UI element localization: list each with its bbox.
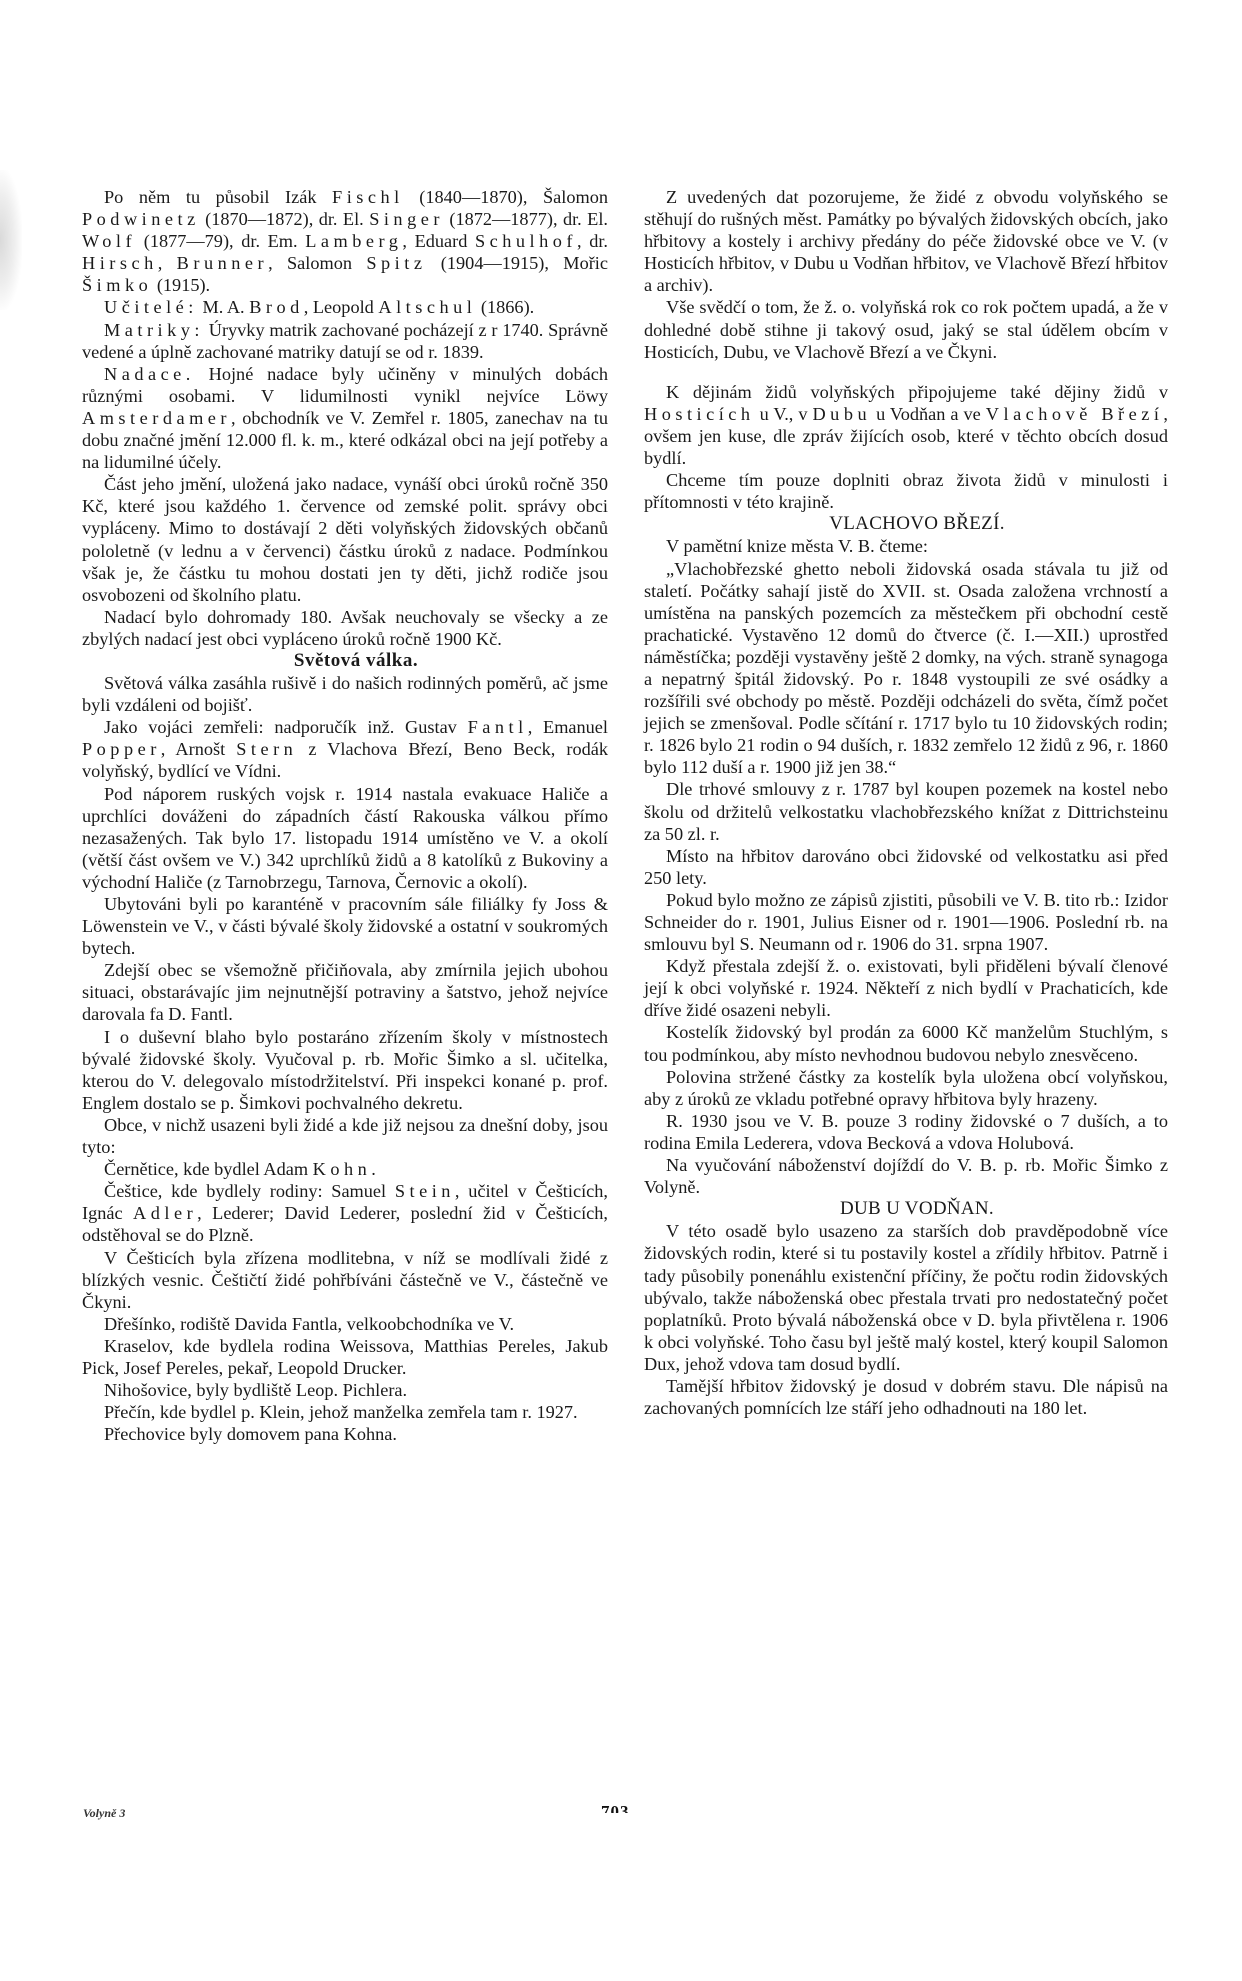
signature-mark: Volyně 3 <box>83 1806 125 1821</box>
paragraph-soldiers: Jako vojáci zemřeli: nadporučík inž. Gus… <box>82 716 608 782</box>
paragraph-rabbis: Po něm tu působil Izák Fischl (1840—1870… <box>82 186 608 296</box>
paragraph: I o duševní blaho bylo postaráno zřízení… <box>82 1026 608 1114</box>
paragraph: Chceme tím pouze doplniti obraz života ž… <box>644 469 1168 513</box>
paragraph: Obce, v nichž usazeni byli židé a kde ji… <box>82 1114 608 1158</box>
section-heading-dub-u-vodnan: DUB U VODŇAN. <box>644 1198 1168 1220</box>
page-number: 703 <box>601 1801 630 1813</box>
paragraph: Ubytováni byli po karanténě v pracovním … <box>82 893 608 959</box>
paragraph: Dřešínko, rodiště Davida Fantla, velkoob… <box>82 1313 608 1335</box>
paragraph: Pokud bylo možno ze zápisů zjistiti, půs… <box>644 889 1168 955</box>
paragraph: Kraselov, kde bydlela rodina Weissova, M… <box>82 1335 608 1379</box>
paragraph-teachers: Učitelé: M. A. Brod, Leopold Altschul (1… <box>82 296 608 318</box>
paragraph: Zdejší obec se všemožně přičiňovala, aby… <box>82 959 608 1025</box>
paragraph: Kostelík židovský byl prodán za 6000 Kč … <box>644 1021 1168 1065</box>
paragraph-quote: „Vlachobřezské ghetto neboli židovská os… <box>644 558 1168 779</box>
paragraph: Místo na hřbitov darováno obci židovské … <box>644 845 1168 889</box>
paragraph: Přechovice byly domovem pana Kohna. <box>82 1423 608 1445</box>
paragraph: Světová válka zasáhla rušivě i do našich… <box>82 672 608 716</box>
paragraph: Část jeho jmění, uložená jako nadace, vy… <box>82 473 608 606</box>
paragraph: Polovina stržené částky za kostelík byla… <box>644 1066 1168 1110</box>
paragraph-cernetice: Černětice, kde bydlel Adam Kohn. <box>82 1158 608 1180</box>
paragraph: Na vyučování náboženství dojíždí do V. B… <box>644 1154 1168 1198</box>
paragraph: Nadací bylo dohromady 180. Avšak neuchov… <box>82 606 608 650</box>
right-column: Z uvedených dat pozorujeme, že židé z ob… <box>644 186 1168 1419</box>
paragraph: V Češticích byla zřízena modlitebna, v n… <box>82 1247 608 1313</box>
section-heading-world-war: Světová válka. <box>82 650 608 672</box>
section-heading-vlachovo-brezi: VLACHOVO BŘEZÍ. <box>644 513 1168 535</box>
paragraph: Vše svědčí o tom, že ž. o. volyňská rok … <box>644 296 1168 362</box>
paragraph: Dle trhové smlouvy z r. 1787 byl koupen … <box>644 778 1168 844</box>
paragraph: Z uvedených dat pozorujeme, že židé z ob… <box>644 186 1168 296</box>
paragraph-cestice: Češtice, kde bydlely rodiny: Samuel Stei… <box>82 1180 608 1246</box>
scan-shadow <box>0 170 22 310</box>
paragraph: V této osadě bylo usazeno za starších do… <box>644 1220 1168 1375</box>
paragraph: Když přestala zdejší ž. o. existovati, b… <box>644 955 1168 1021</box>
paragraph: Nihošovice, byly bydliště Leop. Pichlera… <box>82 1379 608 1401</box>
paragraph-registers: Matriky: Úryvky matrik zachované pocháze… <box>82 319 608 363</box>
paragraph-foundations: Nadace. Hojné nadace byly učiněny v minu… <box>82 363 608 473</box>
spacer <box>644 363 1168 381</box>
paragraph: V pamětní knize města V. B. čteme: <box>644 535 1168 557</box>
paragraph-neighbors: K dějinám židů volyňských připojujeme ta… <box>644 381 1168 469</box>
paragraph: R. 1930 jsou ve V. B. pouze 3 rodiny žid… <box>644 1110 1168 1154</box>
paragraph: Přečín, kde bydlel p. Klein, jehož manže… <box>82 1401 608 1423</box>
paragraph: Pod náporem ruských vojsk r. 1914 nastal… <box>82 783 608 893</box>
left-column: Po něm tu působil Izák Fischl (1840—1870… <box>82 186 608 1445</box>
paragraph: Tamější hřbitov židovský je dosud v dobr… <box>644 1375 1168 1419</box>
